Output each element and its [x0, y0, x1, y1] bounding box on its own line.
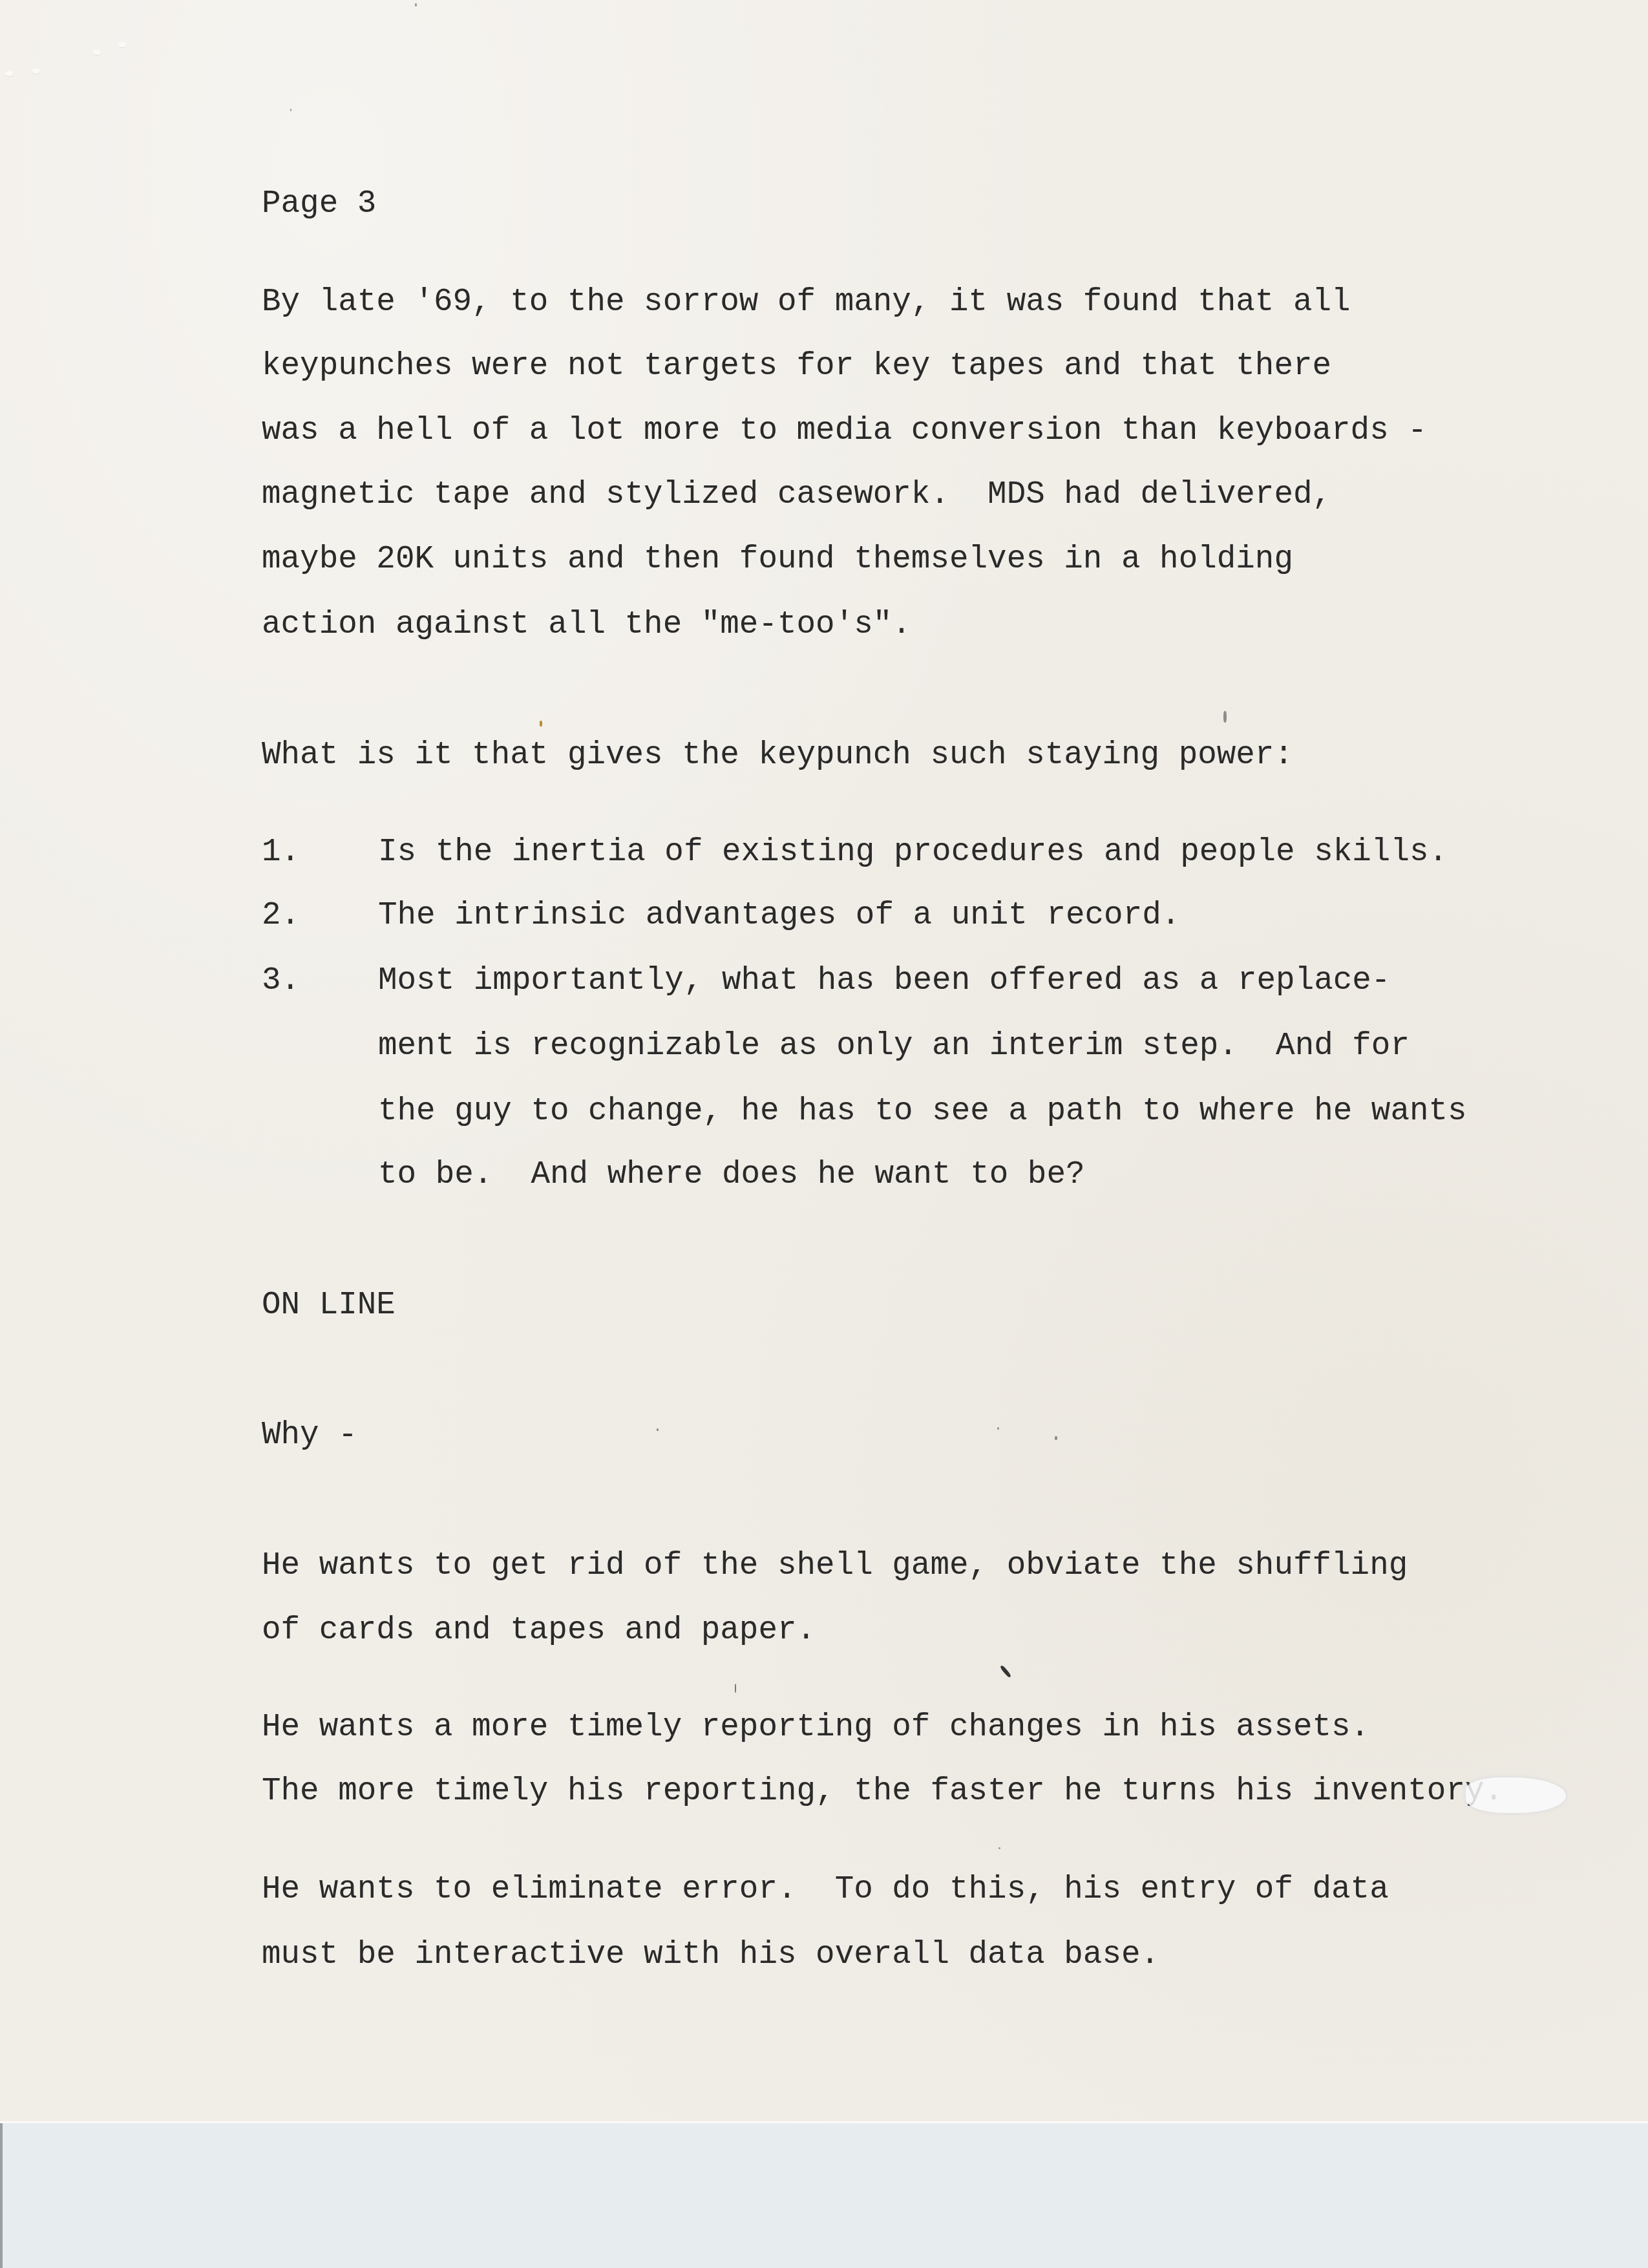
paper-dimple [5, 71, 13, 76]
paragraph-line: He wants to get rid of the shell game, o… [262, 1547, 1408, 1585]
list-item-text: to be. And where does he want to be? [378, 1156, 1085, 1194]
section-heading: ON LINE [262, 1286, 396, 1325]
paper-dimple [93, 50, 101, 55]
paragraph-line: He wants a more timely reporting of chan… [262, 1708, 1369, 1747]
paragraph-line: maybe 20K units and then found themselve… [262, 540, 1293, 579]
paper-speck [540, 721, 542, 726]
paragraph-line: keypunches were not targets for key tape… [262, 347, 1331, 386]
paper-speck [998, 1847, 1000, 1849]
paragraph-line: magnetic tape and stylized casework. MDS… [262, 476, 1331, 514]
paragraph-line: By late '69, to the sorrow of many, it w… [262, 283, 1351, 322]
paper-speck [1055, 1436, 1057, 1440]
list-number: 1. [262, 833, 300, 872]
list-item-text: Most importantly, what has been offered … [378, 962, 1390, 1001]
paper-speck [1223, 711, 1227, 723]
paper-speck [415, 3, 417, 6]
paper-speck [1000, 1665, 1012, 1679]
typed-page: Page 3 By late '69, to the sorrow of man… [0, 0, 1648, 2123]
paragraph-line: of cards and tapes and paper. [262, 1611, 816, 1650]
list-item-text: ment is recognizable as only an interim … [378, 1027, 1410, 1066]
paragraph-line: He wants to eliminate error. To do this,… [262, 1871, 1389, 1909]
list-number: 3. [262, 962, 300, 1001]
list-number: 2. [262, 896, 300, 935]
scanner-bed-edge [0, 2123, 3, 2268]
paragraph-line: The more timely his reporting, the faste… [262, 1772, 1503, 1811]
paper-speck [657, 1428, 659, 1431]
list-item-text: the guy to change, he has to see a path … [378, 1092, 1467, 1131]
subheading: Why - [262, 1416, 357, 1455]
paragraph-line: must be interactive with his overall dat… [262, 1936, 1159, 1975]
paper-speck [735, 1684, 736, 1693]
paragraph-line: action against all the "me-too's". [262, 606, 911, 644]
page-number-label: Page 3 [262, 185, 376, 224]
paper-speck [997, 1427, 999, 1430]
list-item-text: The intrinsic advantages of a unit recor… [378, 896, 1180, 935]
paper-speck [290, 109, 291, 111]
correction-fluid-smudge [1466, 1777, 1566, 1813]
paper-dimple [118, 42, 126, 47]
list-item-text: Is the inertia of existing procedures an… [378, 833, 1448, 872]
question-line: What is it that gives the keypunch such … [262, 736, 1293, 775]
paper-dimple [32, 69, 40, 74]
paragraph-line: was a hell of a lot more to media conver… [262, 412, 1427, 450]
